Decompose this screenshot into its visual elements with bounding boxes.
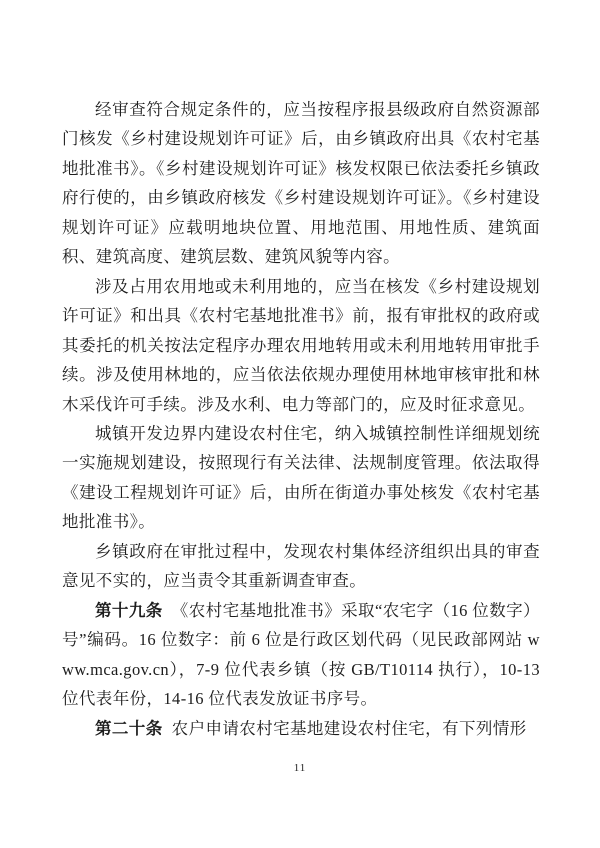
- document-page: 经审查符合规定条件的，应当按程序报县级政府自然资源部门核发《乡村建设规划许可证》…: [0, 0, 600, 848]
- paragraph-text: 涉及占用农用地或未利用地的，应当在核发《乡村建设规划许可证》和出具《农村宅基地批…: [62, 277, 540, 414]
- paragraph-urban-boundary: 城镇开发边界内建设农村住宅，纳入城镇控制性详细规划统一实施规划建设，按照现行有关…: [62, 419, 540, 537]
- article-20-number: 第二十条: [95, 719, 163, 738]
- page-footer: 11: [0, 758, 600, 776]
- paragraph-farmland-conversion: 涉及占用农用地或未利用地的，应当在核发《乡村建设规划许可证》和出具《农村宅基地批…: [62, 272, 540, 419]
- paragraph-text: 乡镇政府在审批过程中，发现农村集体经济组织出具的审查意见不实的，应当责令其重新调…: [62, 542, 540, 590]
- paragraph-reinvestigation: 乡镇政府在审批过程中，发现农村集体经济组织出具的审查意见不实的，应当责令其重新调…: [62, 537, 540, 596]
- paragraph-text: 农户申请农村宅基地建设农村住宅，有下列情形: [172, 719, 527, 738]
- paragraph-text: 经审查符合规定条件的，应当按程序报县级政府自然资源部门核发《乡村建设规划许可证》…: [62, 100, 540, 266]
- paragraph-approval-process: 经审查符合规定条件的，应当按程序报县级政府自然资源部门核发《乡村建设规划许可证》…: [62, 95, 540, 272]
- paragraph-text: 城镇开发边界内建设农村住宅，纳入城镇控制性详细规划统一实施规划建设，按照现行有关…: [62, 424, 540, 531]
- paragraph-article-19: 第十九条《农村宅基地批准书》采取“农宅字（16 位数字）号”编码。16 位数字：…: [62, 596, 540, 714]
- page-number: 11: [294, 762, 307, 774]
- paragraph-article-20: 第二十条农户申请农村宅基地建设农村住宅，有下列情形: [62, 714, 540, 743]
- article-19-number: 第十九条: [95, 601, 163, 620]
- document-body: 经审查符合规定条件的，应当按程序报县级政府自然资源部门核发《乡村建设规划许可证》…: [62, 95, 540, 743]
